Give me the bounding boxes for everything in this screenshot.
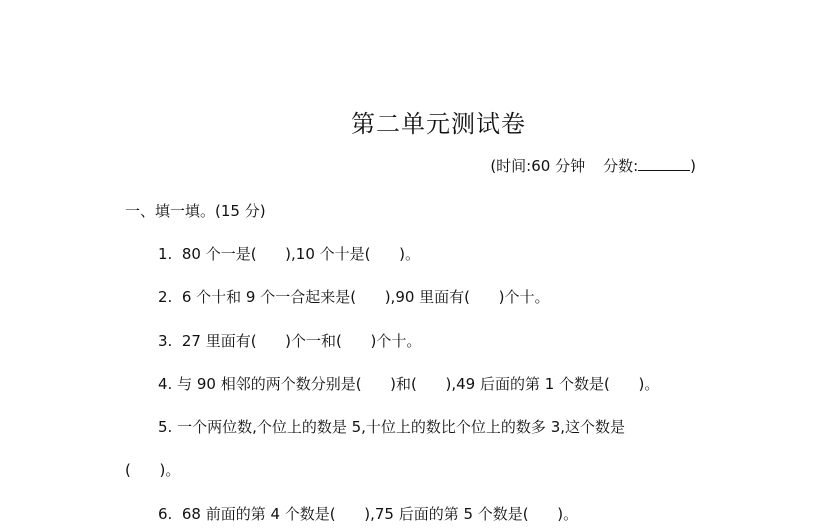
question-1: 1. 80 个一是( ),10 个十是( )。 xyxy=(158,243,420,264)
exam-page: 第二单元测试卷 (时间:60 分钟分数:) 一、填一填。(15 分) 1. 80… xyxy=(0,0,827,530)
score-label: 分数: xyxy=(603,157,638,175)
question-3: 3. 27 里面有( )个一和( )个十。 xyxy=(158,330,421,351)
question-4: 4. 与 90 相邻的两个数分别是( )和( ),49 后面的第 1 个数是( … xyxy=(158,373,659,394)
score-blank[interactable] xyxy=(638,155,690,171)
question-5: 5. 一个两位数,个位上的数是 5,十位上的数比个位上的数多 3,这个数是 xyxy=(158,416,625,437)
page-title: 第二单元测试卷 xyxy=(0,104,827,139)
question-6: 6. 68 前面的第 4 个数是( ),75 后面的第 5 个数是( )。 xyxy=(158,503,578,524)
score-close: ) xyxy=(690,157,696,175)
question-2: 2. 6 个十和 9 个一合起来是( ),90 里面有( )个十。 xyxy=(158,286,550,307)
question-5-continuation: ( )。 xyxy=(125,459,180,480)
section-heading: 一、填一填。(15 分) xyxy=(125,200,266,221)
time-limit: (时间:60 分钟 xyxy=(490,157,585,175)
exam-meta: (时间:60 分钟分数:) xyxy=(490,155,696,176)
